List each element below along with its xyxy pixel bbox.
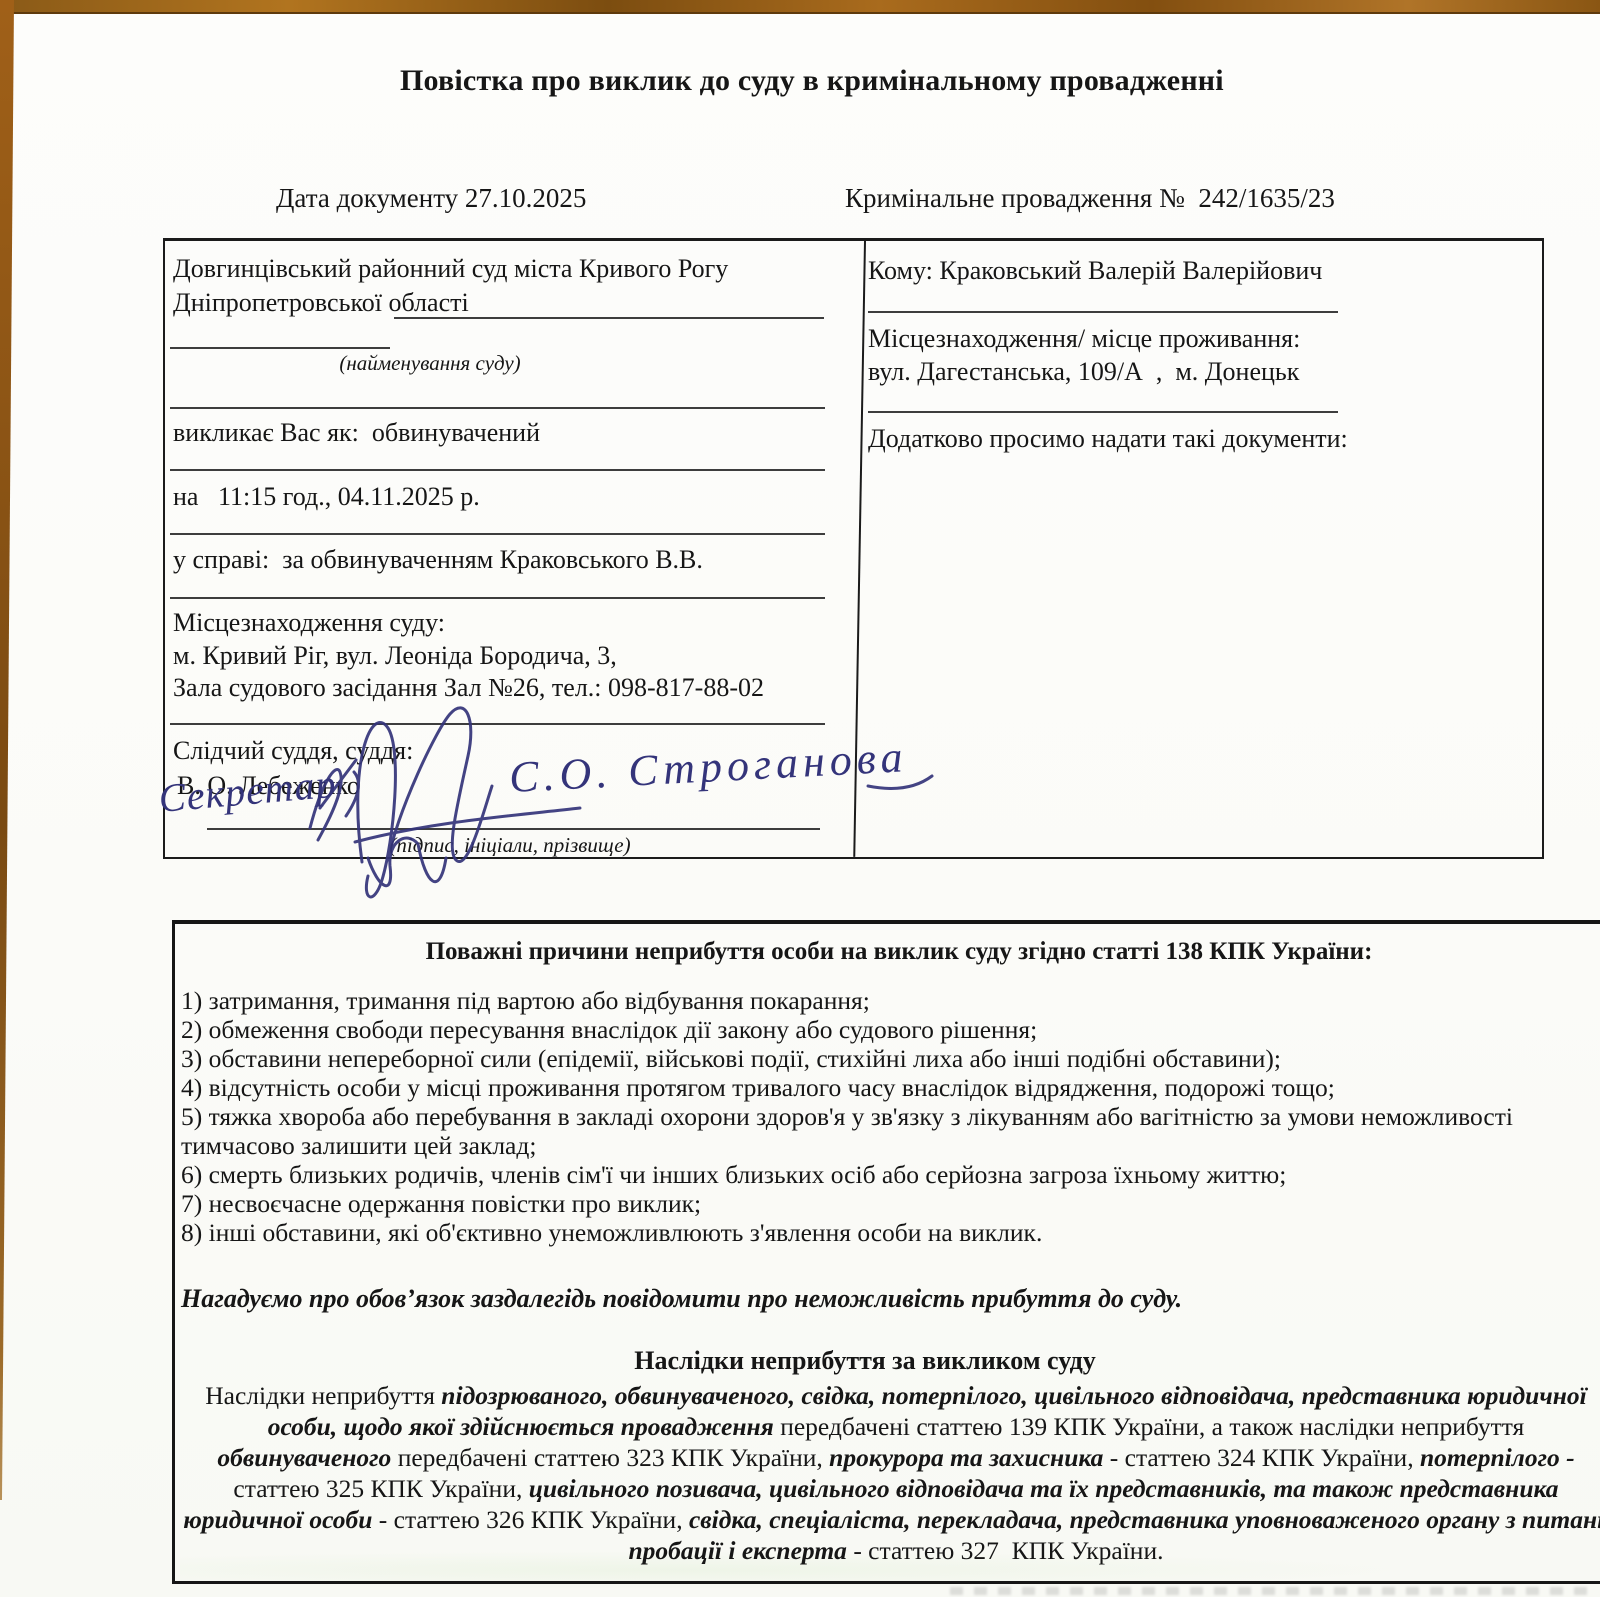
fill-in-rule xyxy=(868,411,1338,413)
documents-request-line: Додатково просимо надати такі документи: xyxy=(868,423,1348,454)
fill-in-rule xyxy=(170,533,825,535)
clerk-word: Секретар xyxy=(157,761,338,821)
fill-in-rule xyxy=(868,311,1338,313)
document-title: Повістка про виклик до суду в кримінальн… xyxy=(400,64,1224,98)
reasons-list: 1) затримання, тримання під вартою або в… xyxy=(181,986,1559,1247)
consequences-line: Наслідки неприбуття підозрюваного, обвин… xyxy=(175,1380,1600,1411)
hearing-datetime: на 11:15 год., 04.11.2025 р. xyxy=(173,481,480,512)
court-name-line2: Дніпропетровської області xyxy=(173,287,469,318)
reason-item: 1) затримання, тримання під вартою або в… xyxy=(181,986,1559,1015)
summon-as-line: викликає Вас як: обвинувачений xyxy=(173,417,540,448)
reason-item: 3) обставини непереборної сили (епідемії… xyxy=(181,1044,1559,1073)
reason-item: 8) інші обставини, які об'єктивно унемож… xyxy=(181,1218,1559,1247)
court-name-caption: (найменування суду) xyxy=(205,351,655,376)
wood-background-top xyxy=(0,0,1600,14)
fill-in-rule xyxy=(170,407,825,409)
court-location-label: Місцезнаходження суду: xyxy=(173,607,445,638)
reason-item: 4) відсутність особи у місці проживання … xyxy=(181,1073,1559,1102)
wood-background-left xyxy=(0,0,14,1500)
court-name-line1: Довгинцівський районний суд міста Кривог… xyxy=(173,253,728,284)
consequences-line: статтею 325 КПК України, цивільного пози… xyxy=(175,1473,1600,1504)
case-reference: у справі: за обвинуваченням Краковського… xyxy=(173,544,703,575)
fill-in-rule xyxy=(170,347,390,349)
reason-item: 5) тяжка хвороба або перебування в закла… xyxy=(181,1102,1559,1160)
residence-label: Місцезнаходження/ місце проживання: xyxy=(868,323,1300,354)
valid-reasons-box: Поважні причини неприбуття особи на викл… xyxy=(172,920,1600,1584)
consequences-line: обвинуваченого передбачені статтею 323 К… xyxy=(175,1442,1600,1473)
consequences-line: особи, щодо якої здійснюється провадженн… xyxy=(175,1411,1600,1442)
faint-cutoff-text xyxy=(950,1587,1590,1595)
handwritten-signature: Секретар С.О. Строганова xyxy=(150,690,1050,905)
document-date: Дата документу 27.10.2025 xyxy=(276,182,586,214)
fill-in-rule xyxy=(170,469,825,471)
consequences-heading: Наслідки неприбуття за викликом суду xyxy=(175,1346,1555,1376)
fill-in-rule xyxy=(394,317,824,319)
fill-in-rule xyxy=(170,597,825,599)
scanned-page: Повістка про виклик до суду в кримінальн… xyxy=(0,0,1600,1597)
consequences-line: юридичної особи - статтею 326 КПК Україн… xyxy=(175,1504,1600,1535)
reason-item: 7) несвоєчасне одержання повістки про ви… xyxy=(181,1189,1559,1218)
consequences-line: пробації і експерта - статтею 327 КПК Ук… xyxy=(175,1535,1600,1566)
case-number: Кримінальне провадження № 242/1635/23 xyxy=(845,182,1335,214)
reasons-heading: Поважні причини неприбуття особи на викл… xyxy=(175,938,1600,966)
descender-loops xyxy=(368,838,446,886)
consequences-paragraph: Наслідки неприбуття підозрюваного, обвин… xyxy=(175,1380,1600,1566)
reminder-line: Нагадуємо про обов’язок заздалегідь пові… xyxy=(181,1284,1182,1314)
signer-name: С.О. Строганова xyxy=(508,732,909,802)
reason-item: 2) обмеження свободи пересування внаслід… xyxy=(181,1015,1559,1044)
addressee-line: Кому: Краковський Валерій Валерійович xyxy=(868,255,1322,286)
reason-item: 6) смерть близьких родичів, членів сім'ї… xyxy=(181,1160,1559,1189)
residence-value: вул. Дагестанська, 109/А , м. Донецьк xyxy=(868,356,1299,387)
court-location-line1: м. Кривий Ріг, вул. Леоніда Бородича, 3, xyxy=(173,640,617,671)
